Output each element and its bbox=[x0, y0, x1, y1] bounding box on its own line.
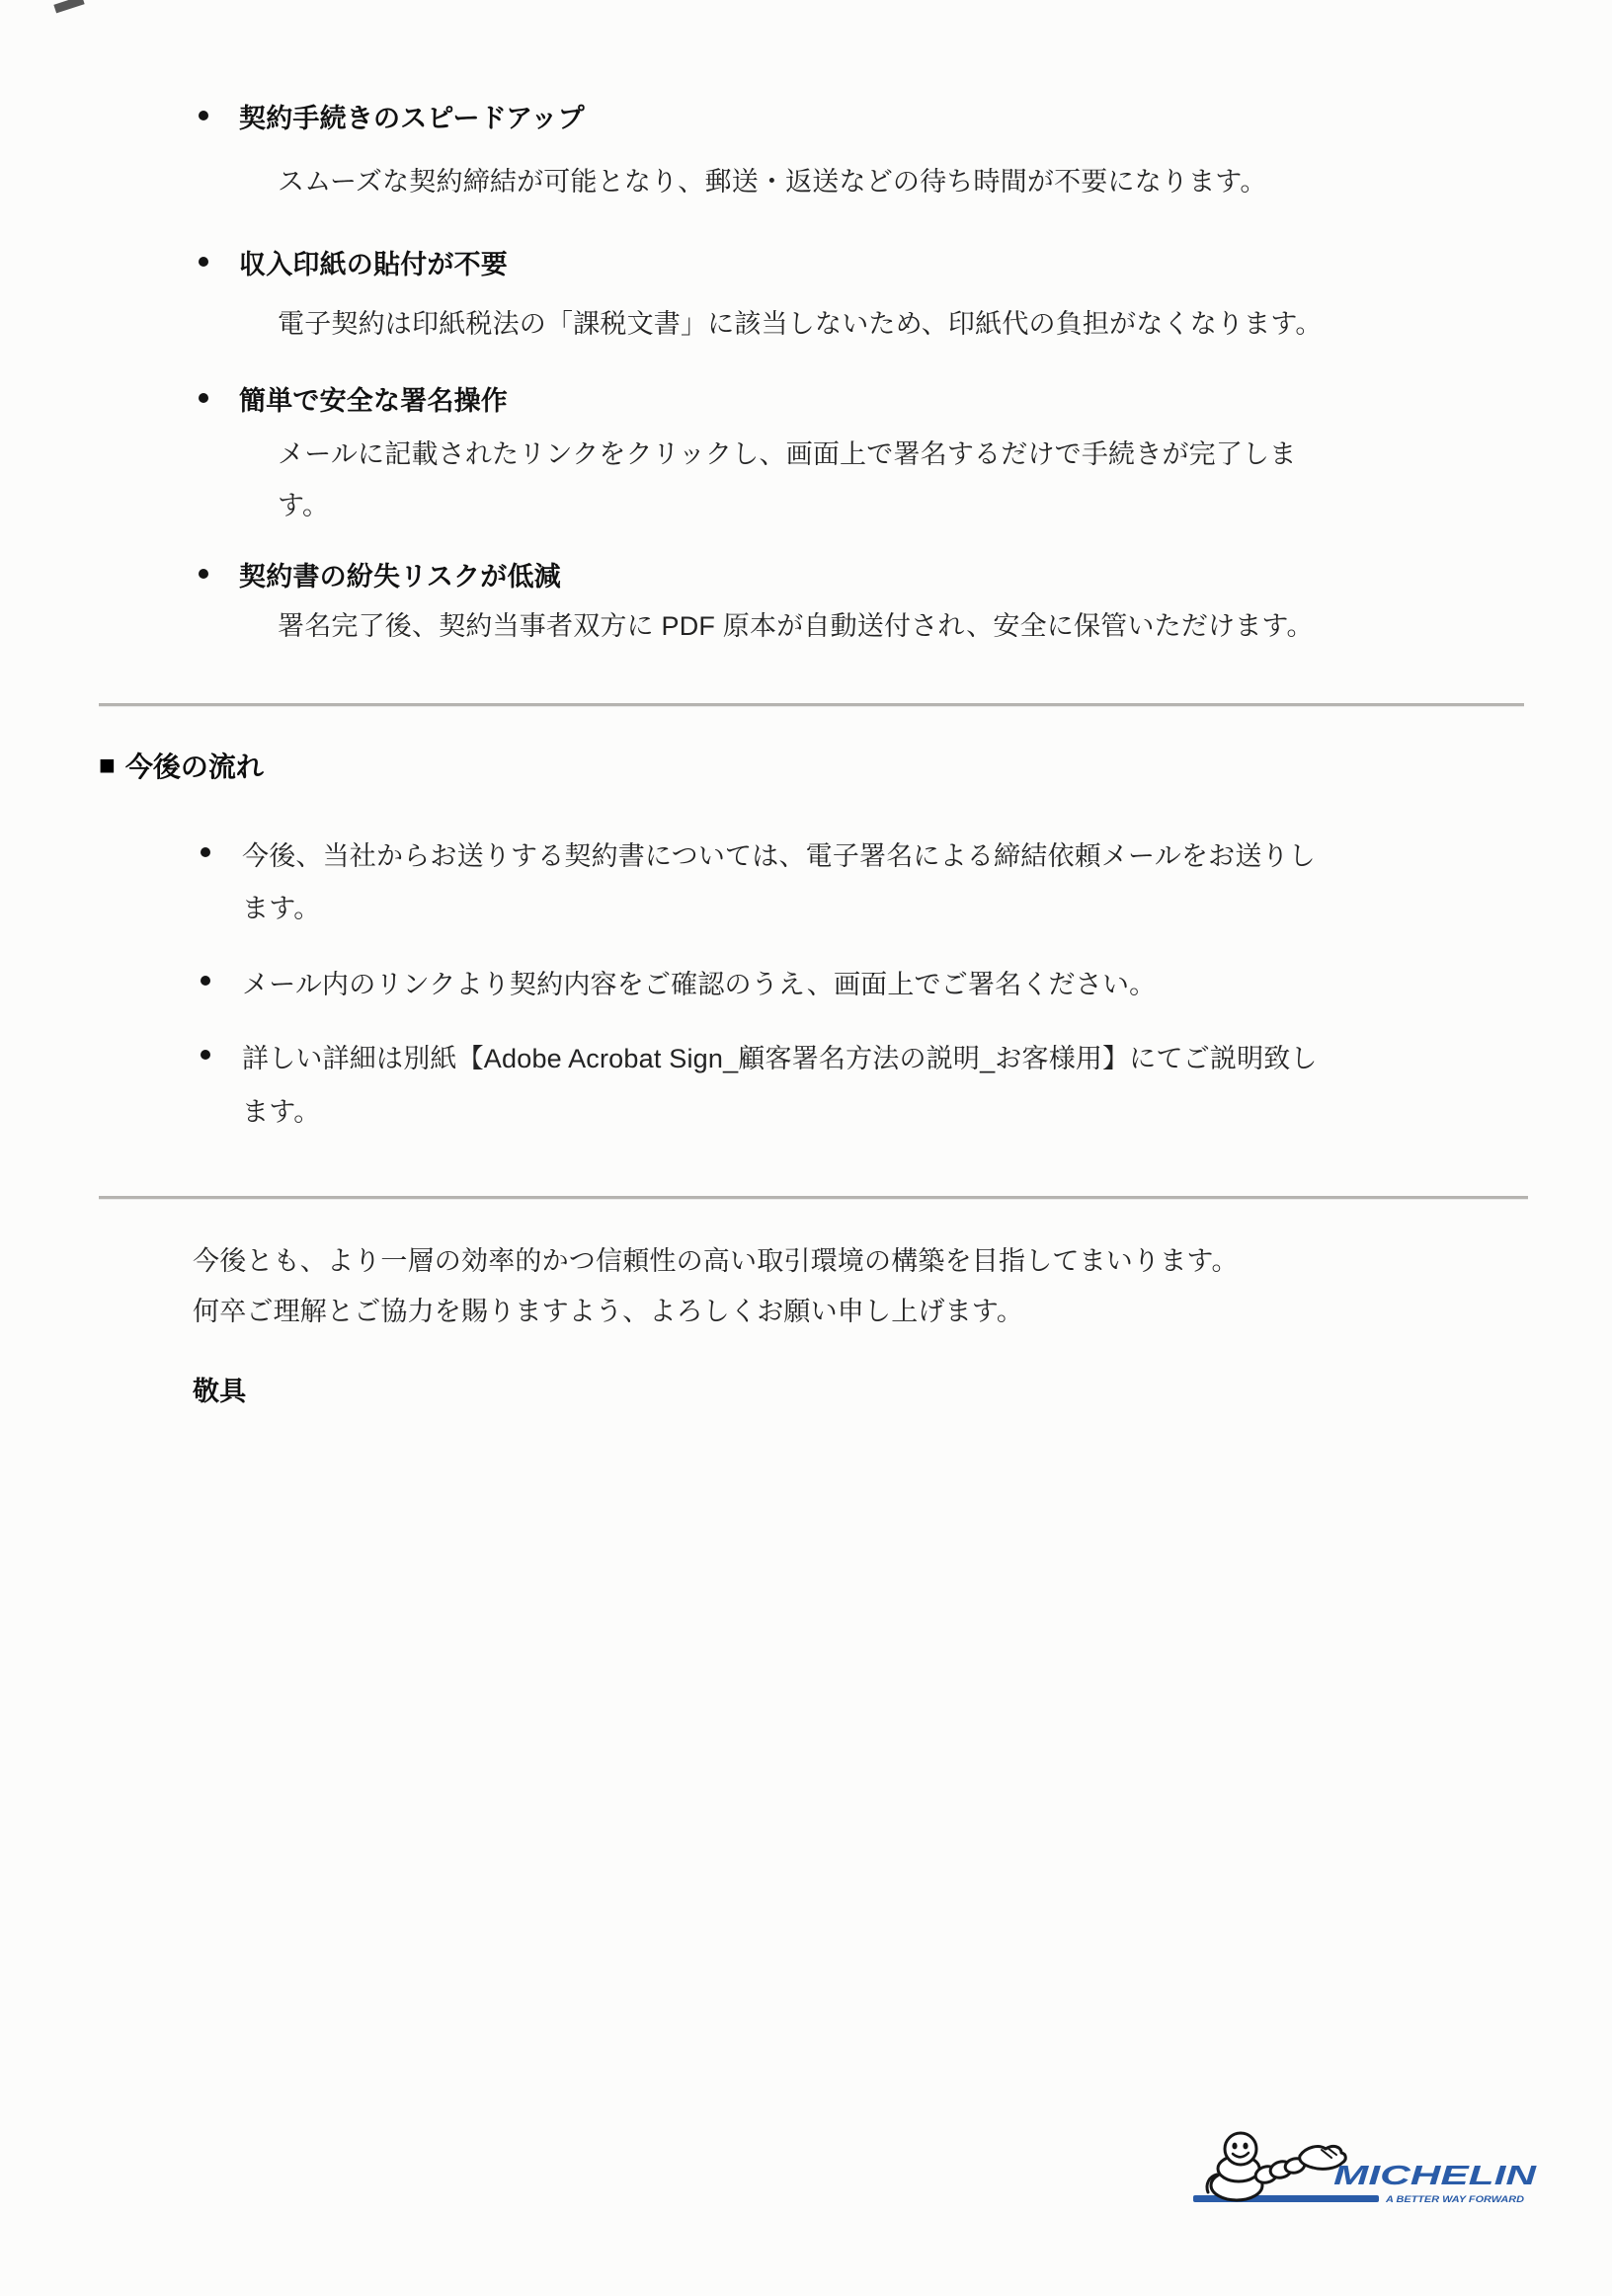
next-step-line: メール内のリンクより契約内容をご確認のうえ、画面上でご署名ください。 bbox=[242, 963, 1156, 1001]
michelin-logo: MICHELIN A BETTER WAY FORWARD bbox=[1185, 2123, 1561, 2237]
michelin-man-icon bbox=[1207, 2133, 1345, 2200]
closing-line: 何卒ご理解とご協力を賜りますよう、よろしくお願い申し上げます。 bbox=[193, 1290, 1023, 1328]
bullet-icon bbox=[201, 976, 210, 986]
bullet-icon bbox=[201, 1050, 210, 1060]
bullet-icon bbox=[199, 111, 208, 120]
next-step-line: 詳しい詳細は別紙【Adobe Acrobat Sign_顧客署名方法の説明_お客… bbox=[242, 1037, 1318, 1075]
benefit-title: 契約書の紛失リスクが低減 bbox=[239, 555, 561, 594]
scan-artifact bbox=[53, 0, 84, 13]
benefit-body-line: 署名完了後、契約当事者双方に PDF 原本が自動送付され、安全に保管いただけます… bbox=[278, 604, 1314, 643]
benefit-title: 簡単で安全な署名操作 bbox=[239, 379, 508, 418]
benefit-body-line: す。 bbox=[278, 484, 329, 522]
benefit-body-line: 電子契約は印紙税法の「課税文書」に該当しないため、印紙代の負担がなくなります。 bbox=[278, 302, 1323, 341]
section-divider bbox=[99, 703, 1524, 706]
benefit-title: 収入印紙の貼付が不要 bbox=[239, 243, 508, 281]
michelin-logo-graphic: MICHELIN A BETTER WAY FORWARD bbox=[1185, 2123, 1561, 2237]
closing-line: 今後とも、より一層の効率的かつ信頼性の高い取引環境の構築を目指してまいります。 bbox=[193, 1239, 1239, 1278]
square-bullet-icon: ■ bbox=[99, 752, 116, 779]
bullet-icon bbox=[199, 569, 208, 579]
bullet-icon bbox=[199, 393, 208, 403]
michelin-tagline: A BETTER WAY FORWARD bbox=[1385, 2194, 1524, 2205]
bullet-icon bbox=[199, 257, 208, 267]
benefit-body-line: メールに記載されたリンクをクリックし、画面上で署名するだけで手続きが完了しま bbox=[278, 433, 1296, 471]
section-divider bbox=[99, 1196, 1528, 1199]
bullet-icon bbox=[201, 847, 210, 857]
michelin-wordmark: MICHELIN bbox=[1333, 2160, 1537, 2190]
scanned-letter-page: 契約手続きのスピードアップ スムーズな契約締結が可能となり、郵送・返送などの待ち… bbox=[0, 0, 1612, 2296]
section-heading-label: 今後の流れ bbox=[125, 746, 264, 785]
next-step-line: 今後、当社からお送りする契約書については、電子署名による締結依頼メールをお送りし bbox=[242, 834, 1316, 873]
benefit-title: 契約手続きのスピードアップ bbox=[239, 97, 585, 135]
section-heading: ■ 今後の流れ bbox=[99, 746, 264, 785]
benefit-body-line: スムーズな契約締結が可能となり、郵送・返送などの待ち時間が不要になります。 bbox=[278, 160, 1267, 198]
next-step-line: ます。 bbox=[242, 887, 320, 925]
next-step-line: ます。 bbox=[242, 1090, 320, 1129]
signoff-text: 敬具 bbox=[193, 1370, 246, 1408]
